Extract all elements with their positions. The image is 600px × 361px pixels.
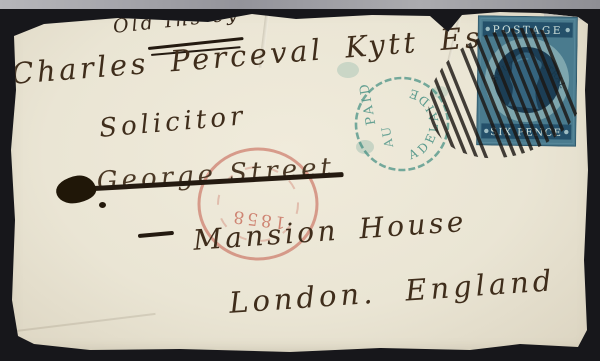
barred-oval-cancel bbox=[420, 25, 592, 159]
cover-photo: Old Ins oy Charles Perceval Kytt Esq Sol… bbox=[0, 0, 600, 361]
ink-blot bbox=[54, 173, 97, 205]
postmark-paid-text: PAID bbox=[357, 80, 379, 126]
paper-crease bbox=[6, 313, 155, 333]
ink-blot bbox=[99, 202, 106, 208]
handwritten-dash bbox=[138, 231, 174, 238]
postmark-month-text: AU bbox=[378, 124, 396, 150]
envelope: Old Ins oy Charles Perceval Kytt Esq Sol… bbox=[0, 0, 600, 361]
occupation-line: Solicitor bbox=[98, 101, 248, 144]
photo-top-strip bbox=[0, 0, 600, 9]
